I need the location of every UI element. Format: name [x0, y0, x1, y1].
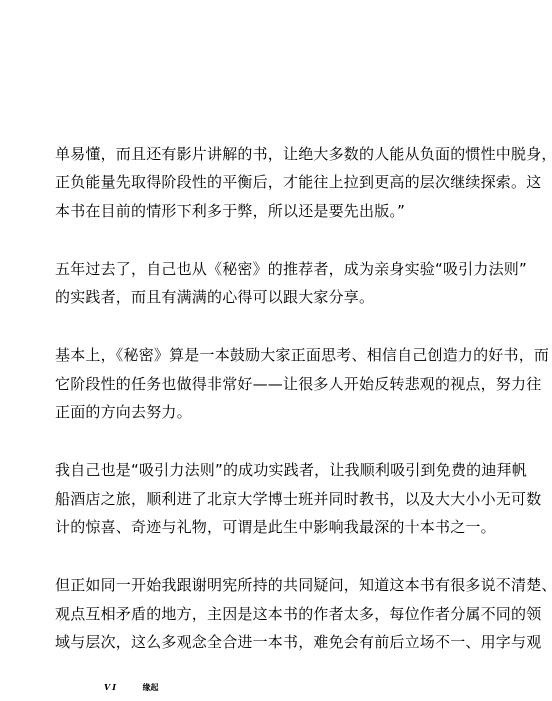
text-line: 基本上，《秘密》算是一本鼓励大家正面思考、相信自己创造力的好书，而 [55, 341, 495, 369]
text-line: 域与层次，这么多观念全合进一本书，难免会有前后立场不一、用字与观 [55, 628, 495, 656]
text-line: 本书在目前的情形下利多于弊，所以还是要先出版。” [55, 197, 495, 225]
page-footer: VI 缘起 [104, 682, 159, 693]
text-line: 它阶段性的任务也做得非常好——让很多人开始反转悲观的视点，努力往 [55, 370, 495, 398]
text-line: 船酒店之旅，顺利进了北京大学博士班并同时教书，以及大大小小无可数 [55, 485, 495, 513]
paragraph-2: 五年过去了，自己也从《秘密》的推荐者，成为亲身实验“吸引力法则” 的实践者，而且… [55, 255, 495, 312]
paragraph-3: 基本上，《秘密》算是一本鼓励大家正面思考、相信自己创造力的好书，而 它阶段性的任… [55, 341, 495, 426]
text-line: 单易懂，而且还有影片讲解的书，让绝大多数的人能从负面的惯性中脱身， [55, 140, 495, 168]
paragraph-1: 单易懂，而且还有影片讲解的书，让绝大多数的人能从负面的惯性中脱身， 正负能量先取… [55, 140, 495, 225]
text-line: 五年过去了，自己也从《秘密》的推荐者，成为亲身实验“吸引力法则” [55, 255, 495, 283]
paragraph-5: 但正如同一开始我跟谢明宪所持的共同疑问，知道这本书有很多说不清楚、 观点互相矛盾… [55, 571, 495, 656]
text-line: 正负能量先取得阶段性的平衡后，才能往上拉到更高的层次继续探索。这 [55, 168, 495, 196]
text-line: 观点互相矛盾的地方，主因是这本书的作者太多，每位作者分属不同的领 [55, 600, 495, 628]
text-line: 正面的方向去努力。 [55, 398, 495, 426]
text-line: 计的惊喜、奇迹与礼物，可谓是此生中影响我最深的十本书之一。 [55, 513, 495, 541]
text-line: 的实践者，而且有满满的心得可以跟大家分享。 [55, 283, 495, 311]
document-page: 单易懂，而且还有影片讲解的书，让绝大多数的人能从负面的惯性中脱身， 正负能量先取… [55, 140, 495, 686]
paragraph-4: 我自己也是“吸引力法则”的成功实践者，让我顺利吸引到免费的迪拜帆 船酒店之旅，顺… [55, 456, 495, 541]
page-number: VI [104, 682, 118, 692]
text-line: 我自己也是“吸引力法则”的成功实践者，让我顺利吸引到免费的迪拜帆 [55, 456, 495, 484]
text-line: 但正如同一开始我跟谢明宪所持的共同疑问，知道这本书有很多说不清楚、 [55, 571, 495, 599]
section-title: 缘起 [143, 683, 159, 692]
